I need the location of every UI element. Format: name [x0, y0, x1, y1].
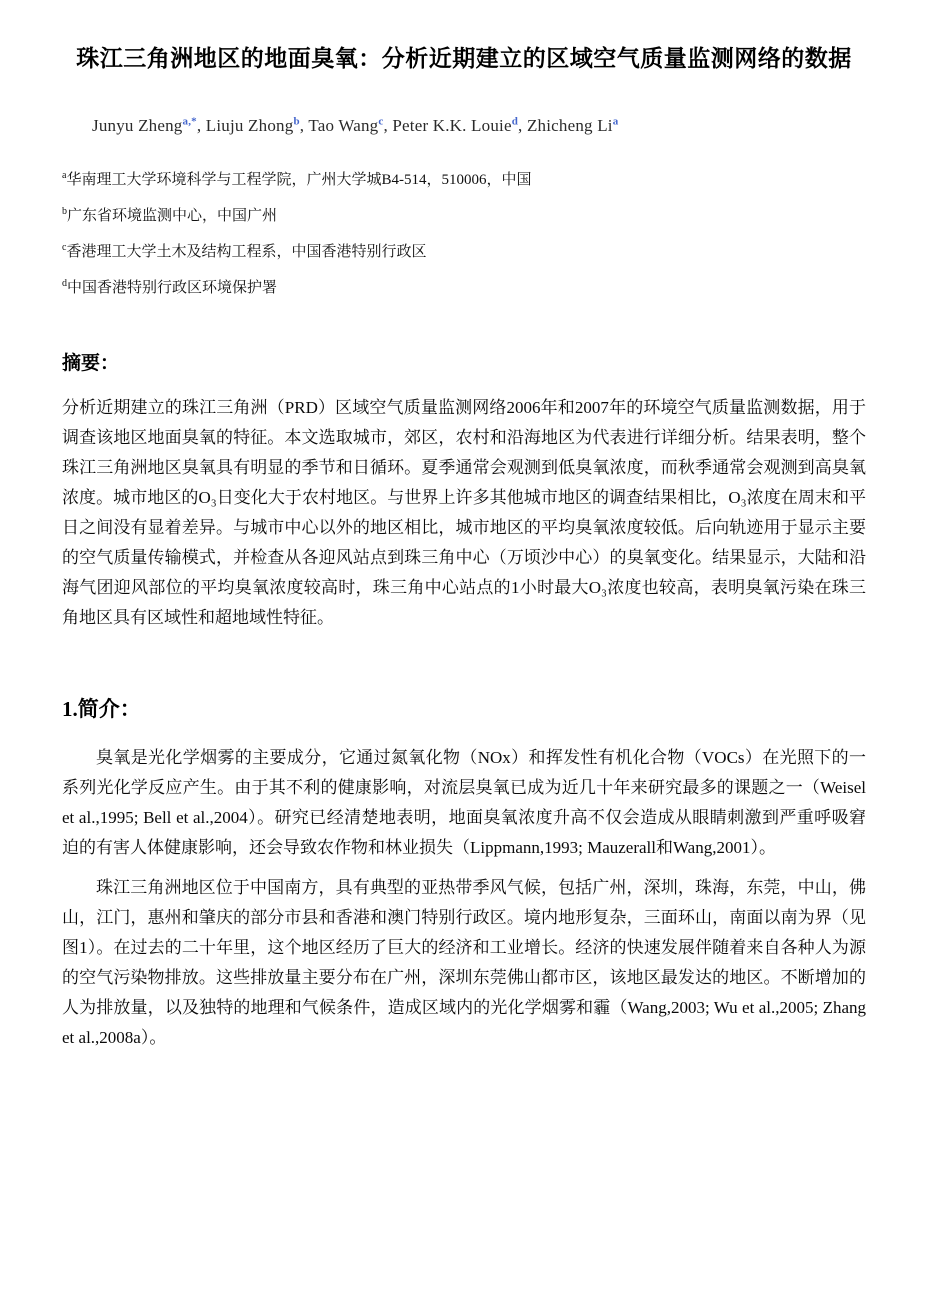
author: Tao Wangc,	[308, 116, 392, 135]
affiliation: a华南理工大学环境科学与工程学院，广州大学城B4-514，510006，中国	[62, 162, 866, 198]
author-affiliation-mark: a	[613, 115, 619, 127]
author-list: Junyu Zhenga,*, Liuju Zhongb, Tao Wangc,…	[62, 116, 866, 136]
section-1-heading: 1.简介：	[62, 693, 866, 723]
author: Liuju Zhongb,	[206, 116, 309, 135]
author-name: Junyu Zheng	[92, 116, 183, 135]
author-name: Zhicheng Li	[527, 116, 613, 135]
section-1-paragraph-2: 珠江三角洲地区位于中国南方，具有典型的亚热带季风气候，包括广州，深圳，珠海，东莞…	[62, 873, 866, 1053]
author: Junyu Zhenga,*,	[92, 116, 206, 135]
author-name: Tao Wang	[308, 116, 378, 135]
affiliation: b广东省环境监测中心，中国广州	[62, 198, 866, 234]
section-1-paragraph-1: 臭氧是光化学烟雾的主要成分，它通过氮氧化物（NOx）和挥发性有机化合物（VOCs…	[62, 743, 866, 863]
paper-title: 珠江三角洲地区的地面臭氧：分析近期建立的区域空气质量监测网络的数据	[62, 42, 866, 76]
author-separator: ,	[197, 116, 206, 135]
affiliation: d中国香港特别行政区环境保护署	[62, 270, 866, 306]
affiliation: c香港理工大学土木及结构工程系，中国香港特别行政区	[62, 234, 866, 270]
author-name: Liuju Zhong	[206, 116, 294, 135]
affiliation-text: 华南理工大学环境科学与工程学院，广州大学城B4-514，510006，中国	[66, 172, 531, 188]
affiliation-text: 中国香港特别行政区环境保护署	[67, 280, 277, 296]
affiliation-text: 香港理工大学土木及结构工程系，中国香港特别行政区	[66, 244, 426, 260]
affiliation-text: 广东省环境监测中心，中国广州	[67, 208, 277, 224]
abstract-body: 分析近期建立的珠江三角洲（PRD）区域空气质量监测网络2006年和2007年的环…	[62, 393, 866, 633]
author-separator: ,	[518, 116, 527, 135]
author-name: Peter K.K. Louie	[392, 116, 511, 135]
abstract-heading: 摘要：	[62, 348, 866, 375]
document-page: 珠江三角洲地区的地面臭氧：分析近期建立的区域空气质量监测网络的数据 Junyu …	[0, 0, 926, 1309]
author: Zhicheng Lia	[527, 116, 618, 135]
author: Peter K.K. Louied,	[392, 116, 527, 135]
affiliation-list: a华南理工大学环境科学与工程学院，广州大学城B4-514，510006，中国 b…	[62, 162, 866, 306]
author-affiliation-mark: a,*	[183, 115, 197, 127]
